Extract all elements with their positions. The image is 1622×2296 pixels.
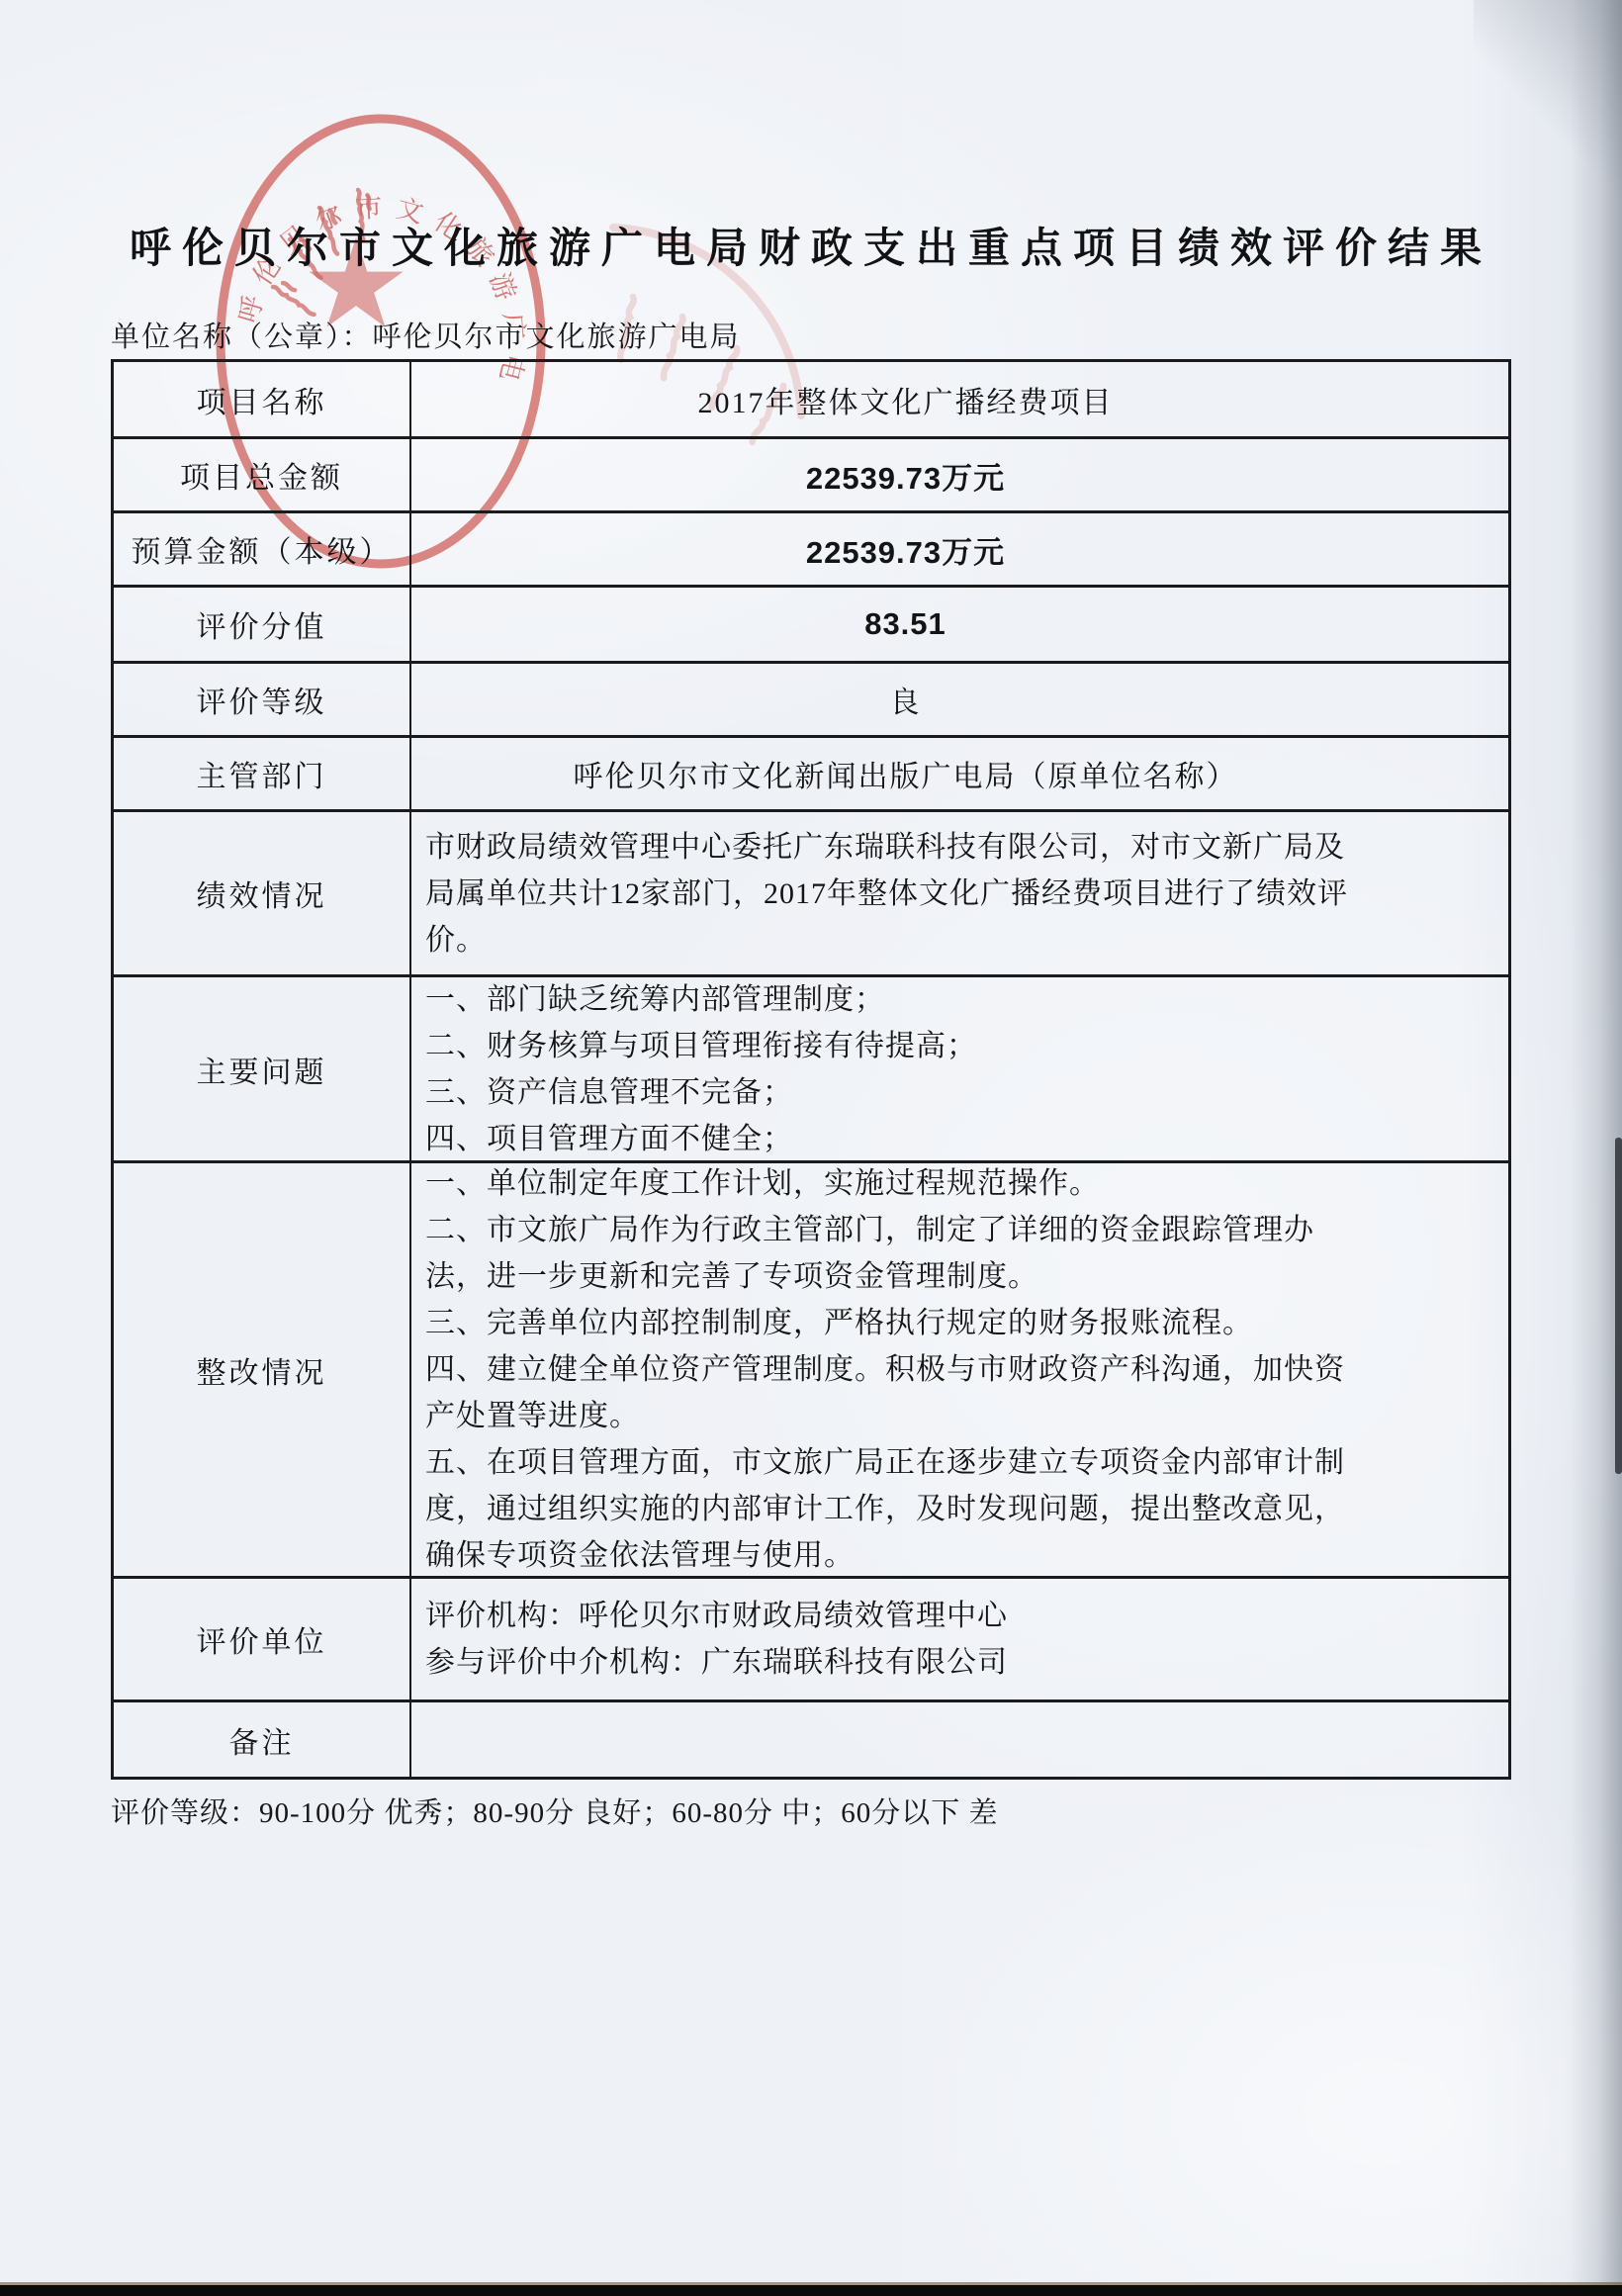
table-row: 预算金额（本级）22539.73万元 — [114, 513, 1508, 588]
row-value-line: 价。 — [425, 917, 1492, 964]
row-value: 2017年整体文化广播经费项目 — [411, 362, 1508, 436]
row-value — [411, 1702, 1508, 1777]
row-value-line: 二、财务核算与项目管理衔接有待提高； — [425, 1023, 1492, 1069]
table-row: 评价单位评价机构：呼伦贝尔市财政局绩效管理中心参与评价中介机构：广东瑞联科技有限… — [114, 1579, 1508, 1702]
row-value-line: 评价机构：呼伦贝尔市财政局绩效管理中心 — [425, 1593, 1492, 1639]
row-value-line: 二、市文旅广局作为行政主管部门，制定了详细的资金跟踪管理办 — [425, 1207, 1492, 1253]
row-label: 项目名称 — [114, 362, 411, 436]
row-value-line: 一、部门缺乏统筹内部管理制度； — [425, 976, 1492, 1023]
row-value-line: 局属单位共计12家部门，2017年整体文化广播经费项目进行了绩效评 — [425, 871, 1492, 917]
row-label: 评价等级 — [114, 664, 411, 735]
row-value: 市财政局绩效管理中心委托广东瑞联科技有限公司，对市文新广局及局属单位共计12家部… — [411, 812, 1508, 974]
row-value-line: 产处置等进度。 — [425, 1393, 1492, 1439]
table-row: 备注 — [114, 1702, 1508, 1777]
row-label: 评价分值 — [114, 588, 411, 661]
row-value-line: 法，进一步更新和完善了专项资金管理制度。 — [425, 1253, 1492, 1300]
row-value: 一、单位制定年度工作计划，实施过程规范操作。二、市文旅广局作为行政主管部门，制定… — [411, 1163, 1508, 1576]
table-row: 主要问题一、部门缺乏统筹内部管理制度；二、财务核算与项目管理衔接有待提高；三、资… — [114, 977, 1508, 1163]
row-value: 83.51 — [411, 588, 1508, 661]
table-row: 项目总金额22539.73万元 — [114, 439, 1508, 513]
row-label: 绩效情况 — [114, 812, 411, 974]
row-value-line: 参与评价中介机构：广东瑞联科技有限公司 — [425, 1639, 1492, 1686]
row-value: 22539.73万元 — [411, 439, 1508, 510]
row-value-line: 一、单位制定年度工作计划，实施过程规范操作。 — [425, 1160, 1492, 1207]
row-value-line: 五、在项目管理方面，市文旅广局正在逐步建立专项资金内部审计制 — [425, 1439, 1492, 1486]
row-value-line: 度，通过组织实施的内部审计工作，及时发现问题，提出整改意见， — [425, 1486, 1492, 1532]
row-label: 主要问题 — [114, 977, 411, 1160]
row-value: 良 — [411, 664, 1508, 735]
row-label: 主管部门 — [114, 738, 411, 809]
row-value: 22539.73万元 — [411, 513, 1508, 585]
table-row: 绩效情况市财政局绩效管理中心委托广东瑞联科技有限公司，对市文新广局及局属单位共计… — [114, 812, 1508, 977]
row-value-line: 四、建立健全单位资产管理制度。积极与市财政资产科沟通，加快资 — [425, 1346, 1492, 1393]
row-label: 项目总金额 — [114, 439, 411, 510]
document-content: 呼伦贝尔市文化旅游广电局财政支出重点项目绩效评价结果 单位名称（公章）：呼伦贝尔… — [0, 0, 1622, 2296]
row-label: 评价单位 — [114, 1579, 411, 1699]
row-value-line: 确保专项资金依法管理与使用。 — [425, 1532, 1492, 1579]
row-label: 整改情况 — [114, 1163, 411, 1576]
table-row: 评价等级良 — [114, 664, 1508, 738]
row-label: 备注 — [114, 1702, 411, 1777]
row-value-line: 三、完善单位内部控制制度，严格执行规定的财务报账流程。 — [425, 1300, 1492, 1346]
row-value-line: 市财政局绩效管理中心委托广东瑞联科技有限公司，对市文新广局及 — [425, 824, 1492, 871]
row-value-line: 四、项目管理方面不健全； — [425, 1116, 1492, 1162]
row-value: 呼伦贝尔市文化新闻出版广电局（原单位名称） — [411, 738, 1508, 809]
row-value: 评价机构：呼伦贝尔市财政局绩效管理中心参与评价中介机构：广东瑞联科技有限公司 — [411, 1579, 1508, 1699]
row-value-line: 三、资产信息管理不完备； — [425, 1069, 1492, 1116]
table-row: 项目名称2017年整体文化广播经费项目 — [114, 362, 1508, 439]
row-label: 预算金额（本级） — [114, 513, 411, 585]
table-row: 整改情况一、单位制定年度工作计划，实施过程规范操作。二、市文旅广局作为行政主管部… — [114, 1163, 1508, 1579]
unit-name-line: 单位名称（公章）：呼伦贝尔市文化旅游广电局 — [111, 315, 741, 355]
table-row: 主管部门呼伦贝尔市文化新闻出版广电局（原单位名称） — [114, 738, 1508, 812]
evaluation-table: 项目名称2017年整体文化广播经费项目项目总金额22539.73万元预算金额（本… — [111, 359, 1511, 1780]
row-value: 一、部门缺乏统筹内部管理制度；二、财务核算与项目管理衔接有待提高；三、资产信息管… — [411, 977, 1508, 1160]
grade-scale-note: 评价等级：90-100分 优秀；80-90分 良好；60-80分 中；60分以下… — [111, 1791, 998, 1831]
page-title: 呼伦贝尔市文化旅游广电局财政支出重点项目绩效评价结果 — [0, 216, 1622, 275]
table-row: 评价分值83.51 — [114, 588, 1508, 664]
